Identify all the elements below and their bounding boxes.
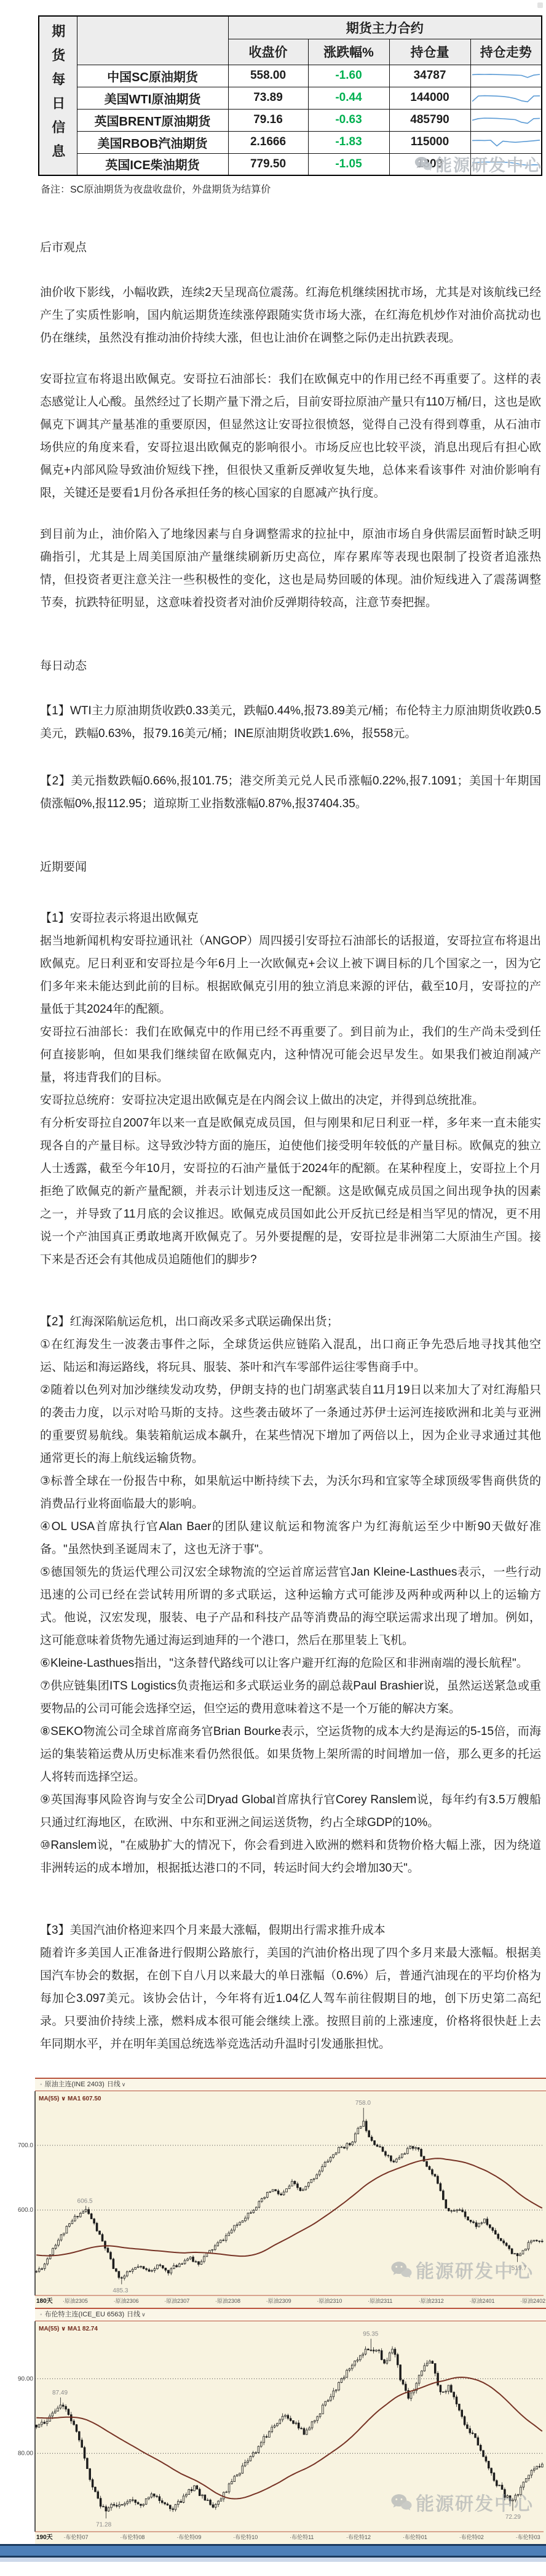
interval-dropdown[interactable]: 日线 ∨ [127,2309,146,2321]
svg-text:·原油2307: ·原油2307 [164,2297,189,2304]
news-paragraph: 随着许多美国人正准备进行假期公路旅行，美国的汽油价格出现了四个多月来最大涨幅。根… [40,1942,541,2056]
oil-daily-report: 期货每日信息 期货主力合约 收盘价 涨跌幅% 持仓量 持仓走势 中国SC原油期货… [0,0,546,2562]
svg-text:758.0: 758.0 [355,2100,371,2107]
chart-title: 原油主连(INE 2403) [45,2079,105,2091]
close-value: 79.16 [228,109,308,131]
svg-text:·布伦特11: ·布伦特11 [290,2534,314,2540]
section-title-news: 近期要闻 [40,856,541,879]
outlook-paragraph: 安哥拉宣布将退出欧佩克。安哥拉石油部长：我们在欧佩克中的作用已经不再重要了。这样… [40,368,541,504]
change-value: -1.83 [308,131,389,153]
svg-text:519.7: 519.7 [512,2265,527,2272]
table-side-label-cell: 期货每日信息 [39,16,77,175]
chart-title: 布伦特主连(ICE_EU 6563) [45,2309,125,2321]
interval-label: 日线 [127,2309,140,2321]
col-header-close: 收盘价 [228,39,308,65]
news-heading: 【1】安哥拉表示将退出欧佩克 [40,907,541,930]
futures-table-wrap: 期货每日信息 期货主力合约 收盘价 涨跌幅% 持仓量 持仓走势 中国SC原油期货… [38,15,542,176]
svg-text:·布伦特09: ·布伦特09 [176,2534,201,2540]
chart-block-ine: ◦ 原油主连(INE 2403) 日线 ∨ 700.0600.0758.0606… [0,2078,546,2308]
close-value: 558.00 [228,65,308,87]
svg-text:MA(55) ∨ MA1 607.50: MA(55) ∨ MA1 607.50 [39,2095,101,2102]
news-paragraph: ⑤德国领先的货运代理公司汉宏全球物流的空运首席运营官Jan Kleine-Las… [40,1561,541,1652]
contract-name: 英国ICE柴油期货 [77,153,228,175]
svg-text:72.29: 72.29 [505,2514,521,2521]
svg-text:MA(55) ∨ MA1 82.74: MA(55) ∨ MA1 82.74 [39,2326,98,2332]
oi-sparkline [472,111,540,129]
change-value: -0.44 [308,87,389,109]
footer-strip [0,2558,546,2562]
daily-item: 【1】WTI主力原油期货收跌0.33美元，跌幅0.44%,报73.89美元/桶；… [40,700,541,745]
news-paragraph: 据当地新闻机构安哥拉通讯社（ANGOP）周四援引安哥拉石油部长的话报道，安哥拉宣… [40,930,541,1021]
col-header-trend: 持仓走势 [470,39,542,65]
chart-block-brent: ◦ 布伦特主连(ICE_EU 6563) 日线 ∨ 90.0080.0087.4… [0,2308,546,2544]
oi-value: 115000 [389,131,470,153]
daily-item: 【2】美元指数跌幅0.66%,报101.75；港交所美元兑人民币涨幅0.22%,… [40,770,541,815]
svg-text:·原油2311: ·原油2311 [368,2297,392,2304]
close-value: 2.1666 [228,131,308,153]
news-heading: 【3】美国汽油价格迎来四个月来最大涨幅，假期出行需求推升成本 [40,1919,541,1942]
svg-text:·布伦特07: ·布伦特07 [64,2534,89,2540]
svg-text:·布伦特08: ·布伦特08 [120,2534,144,2540]
main-header: 期货主力合约 [228,16,542,39]
oi-trend-cell [470,65,542,87]
table-side-label: 期货每日信息 [49,24,68,168]
interval-label: 日线 [107,2079,121,2091]
corner-artifact [537,2,543,8]
section-title-daily: 每日动态 [40,655,541,677]
svg-text:·布伦特01: ·布伦特01 [403,2534,427,2540]
chevron-down-icon: ∨ [141,2309,146,2321]
svg-text:·布伦特03: ·布伦特03 [516,2534,540,2540]
interval-dropdown[interactable]: 日线 ∨ [107,2079,126,2091]
svg-text:90.00: 90.00 [18,2375,33,2382]
svg-text:71.28: 71.28 [96,2521,111,2528]
name-header-cell [77,16,228,65]
svg-text:87.49: 87.49 [52,2390,68,2396]
col-header-oi: 持仓量 [389,39,470,65]
oi-sparkline [472,67,540,84]
news-paragraph: ⑦供应链集团ITS Logistics负责拖运和多式联运业务的副总裁Paul B… [40,1675,541,1720]
svg-text:180天: 180天 [36,2297,53,2305]
report-body: 后市观点 油价收下影线，小幅收跌，连续2天呈现高位震荡。红海危机继续困扰市场，尤… [40,236,541,2056]
svg-text:·布伦特02: ·布伦特02 [459,2534,484,2540]
change-value: -1.60 [308,65,389,87]
oi-value: 144000 [389,87,470,109]
news-paragraph: ⑨英国海事风险咨询与安全公司Dryad Global首席执行官Corey Ran… [40,1788,541,1834]
svg-text:·布伦特10: ·布伦特10 [233,2534,258,2540]
oi-sparkline [472,156,540,173]
table-row: 美国WTI原油期货 73.89 -0.44 144000 [39,87,542,109]
news-paragraph: 有分析安哥拉自2007年以来一直是欧佩克成员国，但与刚果和尼日利亚一样，多年来一… [40,1112,541,1271]
svg-text:·原油2312: ·原油2312 [419,2297,444,2304]
candlestick-chart-brent[interactable]: 90.0080.0087.4995.3571.2872.29MA(55) ∨ M… [0,2321,546,2544]
oi-sparkline [472,134,540,151]
close-value: 779.50 [228,153,308,175]
svg-text:80.00: 80.00 [18,2450,33,2457]
oi-trend-cell [470,131,542,153]
chart-bullet-icon: ◦ [40,2079,42,2091]
oi-trend-cell [470,87,542,109]
change-value: -0.63 [308,109,389,131]
outlook-paragraph: 油价收下影线，小幅收跌，连续2天呈现高位震荡。红海危机继续困扰市场，尤其是对该航… [40,281,541,349]
news-paragraph: ④OL USA首席执行官Alan Baer的团队建议航运和物流客户为红海航运至少… [40,1515,541,1561]
svg-text:95.35: 95.35 [363,2331,378,2337]
change-value: -1.05 [308,153,389,175]
news-paragraph: 安哥拉石油部长：我们在欧佩克中的作用已经不再重要了。到目前为止，我们的生产尚未受… [40,1021,541,1089]
svg-text:·原油2306: ·原油2306 [114,2297,139,2304]
news-paragraph: ⑧SEKO物流公司全球首席商务官Brian Bourke表示，空运货物的成本大约… [40,1720,541,1788]
news-paragraph: ②随着以色列对加沙继续发动攻势，伊朗支持的也门胡塞武装自11月19日以来加大了对… [40,1379,541,1470]
contract-name: 美国WTI原油期货 [77,87,228,109]
svg-text:190天: 190天 [36,2534,53,2541]
news-paragraph: ⑥Kleine-Lasthues指出，"这条替代路线可以让客户避开红海的危险区和… [40,1652,541,1675]
table-note: 备注：SC原油期货为夜盘收盘价，外盘期货为结算价 [41,181,542,196]
chart-bullet-icon: ◦ [40,2309,42,2321]
svg-text:600.0: 600.0 [18,2207,33,2214]
table-row: 英国BRENT原油期货 79.16 -0.63 485790 [39,109,542,131]
svg-text:·原油2310: ·原油2310 [317,2297,342,2304]
svg-text:·原油2309: ·原油2309 [266,2297,291,2304]
oi-value: 485790 [389,109,470,131]
news-paragraph: ③标普全球在一份报告中称，如果航运中断持续下去，为沃尔玛和宜家等全球顶级零售商供… [40,1470,541,1515]
oi-sparkline [472,89,540,106]
table-row: 英国ICE柴油期货 779.50 -1.05 1309 [39,153,542,175]
chart-titlebar: ◦ 原油主连(INE 2403) 日线 ∨ [35,2078,546,2091]
svg-text:·原油2305: ·原油2305 [63,2297,88,2304]
news-paragraph: ①在红海发生一波袭击事件之际，全球货运供应链陷入混乱，出口商正争先恐后地寻找其他… [40,1333,541,1379]
svg-text:·布伦特12: ·布伦特12 [346,2534,371,2540]
oi-trend-cell [470,109,542,131]
news-paragraph: ⑩Ranslem说，"在威胁扩大的情况下，你会看到进入欧洲的燃料和货物价格大幅上… [40,1834,541,1880]
section-title-outlook: 后市观点 [40,236,541,259]
svg-text:700.0: 700.0 [18,2142,33,2149]
contract-name: 英国BRENT原油期货 [77,109,228,131]
candlestick-chart-ine[interactable]: 700.0600.0758.0606.5485.3519.7MA(55) ∨ M… [0,2091,546,2308]
svg-text:·原油2308: ·原油2308 [215,2297,240,2304]
svg-text:485.3: 485.3 [113,2287,128,2294]
oi-trend-cell [470,153,542,175]
news-paragraph: 安哥拉总统府：安哥拉决定退出欧佩克是在内阁会议上做出的决定，并得到总统批准。 [40,1089,541,1112]
outlook-paragraph: 到目前为止，油价陷入了地缘因素与自身调整需求的拉扯中，原油市场自身供需层面暂时缺… [40,523,541,614]
table-row: 中国SC原油期货 558.00 -1.60 34787 [39,65,542,87]
col-header-change: 涨跌幅% [308,39,389,65]
news-heading: 【2】红海深陷航运危机，出口商改采多式联运确保出货； [40,1310,541,1333]
contract-name: 中国SC原油期货 [77,65,228,87]
svg-text:606.5: 606.5 [77,2198,93,2204]
footer-band [0,2546,546,2556]
svg-text:·原油2401: ·原油2401 [469,2297,494,2304]
close-value: 73.89 [228,87,308,109]
chevron-down-icon: ∨ [122,2079,126,2091]
svg-text:·原油2402: ·原油2402 [520,2297,545,2304]
futures-table: 期货每日信息 期货主力合约 收盘价 涨跌幅% 持仓量 持仓走势 中国SC原油期货… [38,15,542,176]
oi-value: 1309 [389,153,470,175]
chart-titlebar: ◦ 布伦特主连(ICE_EU 6563) 日线 ∨ [35,2308,546,2321]
oi-value: 34787 [389,65,470,87]
contract-name: 美国RBOB汽油期货 [77,131,228,153]
table-row: 美国RBOB汽油期货 2.1666 -1.83 115000 [39,131,542,153]
